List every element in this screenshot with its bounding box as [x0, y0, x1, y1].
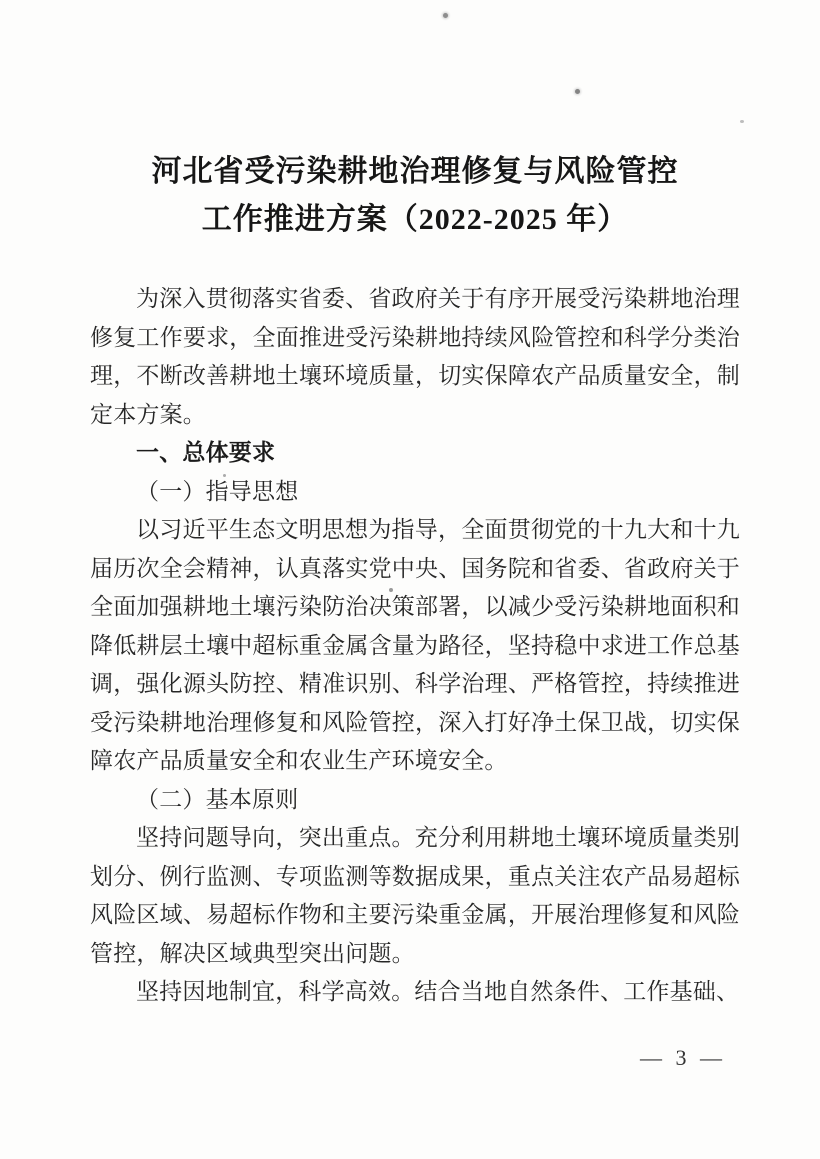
intro-paragraph: 为深入贯彻落实省委、省政府关于有序开展受污染耕地治理修复工作要求，全面推进受污染…: [90, 280, 740, 434]
title-line-1: 河北省受污染耕地治理修复与风险管控: [90, 148, 740, 196]
basic-principles-paragraph-1: 坚持问题导向，突出重点。充分利用耕地土壤环境质量类别划分、例行监测、专项监测等数…: [90, 819, 740, 973]
page-number: — 3 —: [640, 1045, 726, 1071]
title-line-2: 工作推进方案（2022-2025 年）: [90, 196, 740, 244]
subsection-heading-basic-principles: （二）基本原则: [90, 781, 740, 820]
document-content: 河北省受污染耕地治理修复与风险管控 工作推进方案（2022-2025 年） 为深…: [90, 148, 740, 1012]
subsection-heading-guiding-ideology: （一）指导思想: [90, 473, 740, 512]
guiding-ideology-paragraph: 以习近平生态文明思想为指导，全面贯彻党的十九大和十九届历次全会精神，认真落实党中…: [90, 511, 740, 781]
section-heading-overall-requirements: 一、总体要求: [90, 434, 740, 473]
document-title: 河北省受污染耕地治理修复与风险管控 工作推进方案（2022-2025 年）: [90, 148, 740, 244]
scan-speck: [740, 120, 744, 123]
document-body: 为深入贯彻落实省委、省政府关于有序开展受污染耕地治理修复工作要求，全面推进受污染…: [90, 280, 740, 1012]
basic-principles-paragraph-2: 坚持因地制宜，科学高效。结合当地自然条件、工作基础、: [90, 973, 740, 1012]
document-page: 河北省受污染耕地治理修复与风险管控 工作推进方案（2022-2025 年） 为深…: [0, 0, 820, 1159]
scan-speck: [443, 13, 448, 18]
scan-speck: [575, 89, 580, 94]
